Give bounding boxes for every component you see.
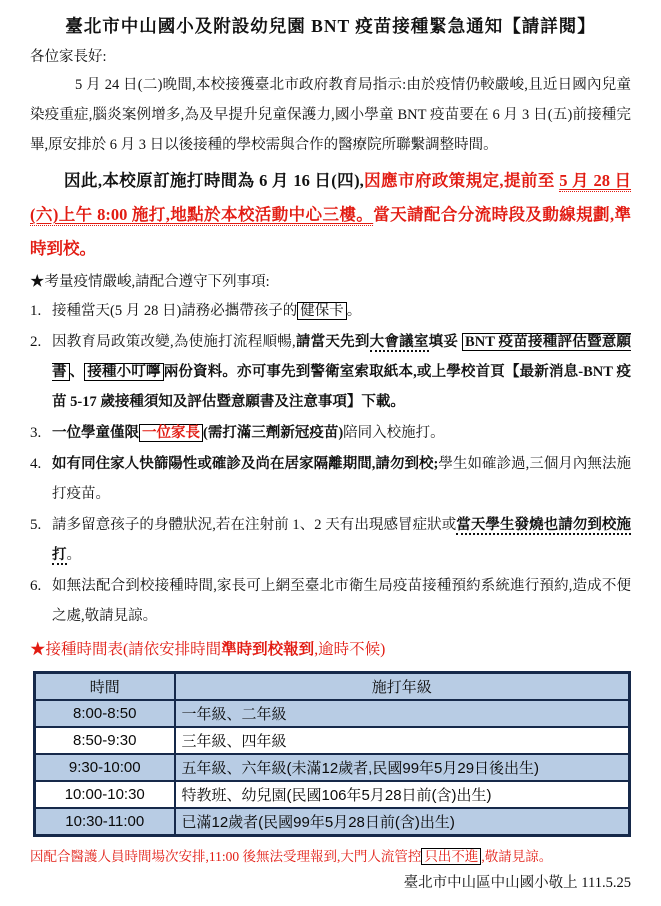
- grade-group: 三年級、四年級: [175, 727, 630, 754]
- text-segment: 填妥: [429, 334, 462, 350]
- text-segment: 大會議室: [370, 334, 429, 352]
- text-segment: 。: [347, 303, 362, 319]
- text-segment: 陪同入校施打。: [343, 425, 445, 441]
- text-segment: ,敬請見諒。: [481, 849, 552, 864]
- time-slot: 9:30-10:00: [35, 754, 175, 781]
- text-segment: (需打滿三劑新冠疫苗): [203, 425, 343, 441]
- intro-paragraph: 5 月 24 日(二)晚間,本校接獲臺北市政府教育局指示:由於疫情仍較嚴峻,且近…: [30, 70, 631, 160]
- timetable-row: 8:00-8:50一年級、二年級: [35, 700, 630, 727]
- emphasis-paragraph: 因此,本校原訂施打時間為 6 月 16 日(四),因應市府政策規定,提前至 5 …: [30, 164, 631, 266]
- document-page: 臺北市中山國小及附設幼兒園 BNT 疫苗接種緊急通知【請詳閱】 各位家長好: 5…: [0, 0, 661, 906]
- text-segment: 健保卡: [297, 302, 347, 320]
- text-segment: 、: [70, 364, 85, 380]
- notice-item: 1.接種當天(5 月 28 日)請務必攜帶孩子的健保卡。: [30, 296, 631, 326]
- text-segment: 一位家長: [139, 424, 203, 442]
- timetable-row: 8:50-9:30三年級、四年級: [35, 727, 630, 754]
- text-segment: 接種當天(5 月 28 日)請務必攜帶孩子的: [52, 303, 297, 319]
- notice-item: 6.如無法配合到校接種時間,家長可上網至臺北市衛生局疫苗接種預約系統進行預約,造…: [30, 571, 631, 631]
- timetable-row: 10:00-10:30特教班、幼兒園(民國106年5月28日前(含)出生): [35, 781, 630, 808]
- text-segment: 。: [67, 547, 82, 563]
- item-number: 1.: [30, 296, 41, 326]
- footer-note: 因配合醫護人員時間場次安排,11:00 後無法受理報到,大門人流管控只出不進,敬…: [30, 845, 631, 869]
- text-segment: 如無法配合到校接種時間,家長可上網至臺北市衛生局疫苗接種預約系統進行預約,造成不…: [52, 578, 631, 624]
- text-segment: ★接種時間表(請依安排時間: [30, 641, 221, 658]
- text-segment: 只出不進: [421, 848, 481, 865]
- notice-item: 3.一位學童僅限一位家長(需打滿三劑新冠疫苗)陪同入校施打。: [30, 418, 631, 448]
- text-segment: 因此,本校原訂施打時間為 6 月 16 日(四),: [64, 171, 364, 190]
- timetable-header: 時間施打年級: [35, 673, 630, 701]
- grade-group: 五年級、六年級(未滿12歲者,民國99年5月29日後出生): [175, 754, 630, 781]
- page-title: 臺北市中山國小及附設幼兒園 BNT 疫苗接種緊急通知【請詳閱】: [30, 12, 631, 40]
- grade-group: 特教班、幼兒園(民國106年5月28日前(含)出生): [175, 781, 630, 808]
- text-segment: ,逾時不候): [314, 641, 385, 658]
- notice-header: ★考量疫情嚴峻,請配合遵守下列事項:: [30, 268, 631, 296]
- time-slot: 10:30-11:00: [35, 808, 175, 836]
- timetable-column-header: 時間: [35, 673, 175, 701]
- timetable-row: 9:30-10:00五年級、六年級(未滿12歲者,民國99年5月29日後出生): [35, 754, 630, 781]
- timetable-body: 8:00-8:50一年級、二年級8:50-9:30三年級、四年級9:30-10:…: [35, 700, 630, 836]
- timetable-heading: ★接種時間表(請依安排時間準時到校報到,逾時不候): [30, 635, 631, 665]
- text-segment: 準時到校報到: [221, 641, 314, 658]
- text-segment: 如有同住家人快篩陽性或確診及尚在居家隔離期間,請勿到校;: [52, 456, 438, 472]
- item-number: 5.: [30, 510, 41, 540]
- notice-item: 5.請多留意孩子的身體狀況,若在注射前 1、2 天有出現感冒症狀或當天學生發燒也…: [30, 510, 631, 570]
- item-number: 2.: [30, 327, 41, 357]
- text-segment: 請多留意孩子的身體狀況,若在注射前 1、2 天有出現感冒症狀或: [52, 517, 456, 533]
- timetable-row: 10:30-11:00已滿12歲者(民國99年5月28日前(含)出生): [35, 808, 630, 836]
- item-number: 6.: [30, 571, 41, 601]
- text-segment: 請當天先到: [296, 334, 370, 350]
- text-segment: 因配合醫護人員時間場次安排,11:00 後無法受理報到,大門人流管控: [30, 849, 421, 864]
- text-segment: 因應市府政策規定,提前至: [364, 171, 560, 190]
- time-slot: 10:00-10:30: [35, 781, 175, 808]
- time-slot: 8:00-8:50: [35, 700, 175, 727]
- timetable-column-header: 施打年級: [175, 673, 630, 701]
- text-segment: 一位學童僅限: [52, 425, 139, 441]
- notice-item: 2.因教育局政策改變,為使施打流程順暢,請當天先到大會議室填妥 BNT 疫苗接種…: [30, 327, 631, 417]
- notice-item: 4.如有同住家人快篩陽性或確診及尚在居家隔離期間,請勿到校;學生如確診過,三個月…: [30, 449, 631, 509]
- time-slot: 8:50-9:30: [35, 727, 175, 754]
- text-segment: 因教育局政策改變,為使施打流程順暢,: [52, 334, 296, 350]
- notice-list: 1.接種當天(5 月 28 日)請務必攜帶孩子的健保卡。2.因教育局政策改變,為…: [30, 296, 631, 631]
- text-segment: 接種小叮嚀: [84, 363, 163, 381]
- grade-group: 一年級、二年級: [175, 700, 630, 727]
- item-number: 4.: [30, 449, 41, 479]
- timetable: 時間施打年級 8:00-8:50一年級、二年級8:50-9:30三年級、四年級9…: [33, 671, 631, 837]
- item-number: 3.: [30, 418, 41, 448]
- salutation: 各位家長好:: [30, 44, 631, 70]
- grade-group: 已滿12歲者(民國99年5月28日前(含)出生): [175, 808, 630, 836]
- signoff: 臺北市中山區中山國小敬上 111.5.25: [30, 871, 631, 895]
